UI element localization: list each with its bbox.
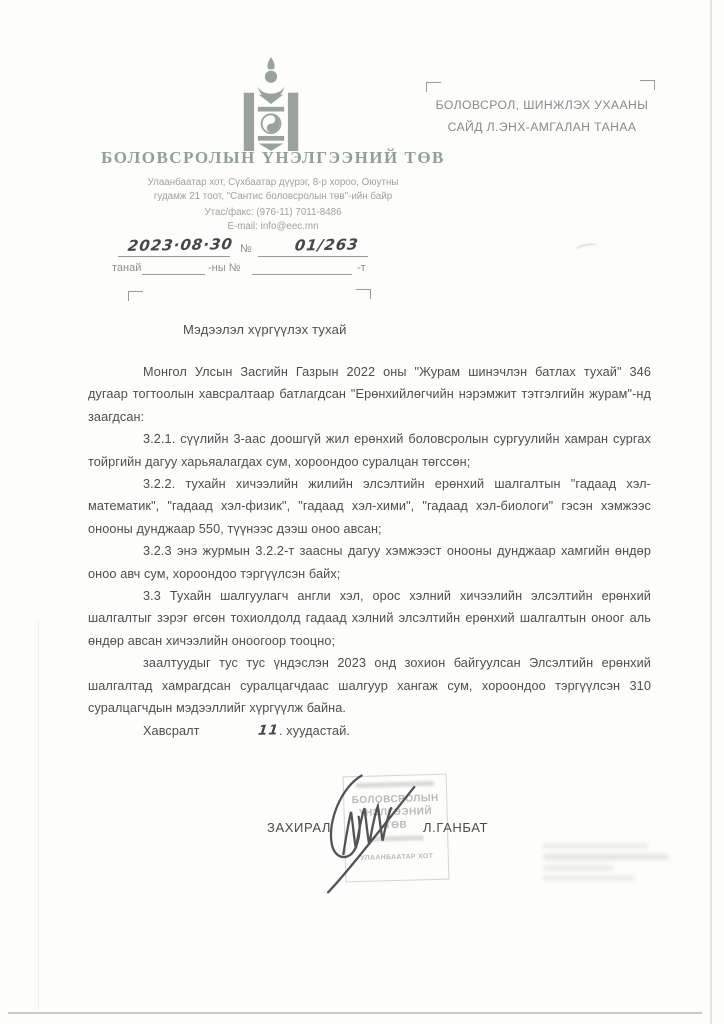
signature-icon (316, 766, 432, 900)
scan-edge-bottom (8, 1012, 702, 1014)
corner-mark-top-right (640, 80, 655, 90)
soyombo-logo-icon (230, 57, 312, 151)
recipient-line-2: САЙД Л.ЭНХ-АМГАЛАН ТАНАА (424, 116, 660, 138)
corner-mark-bottom-right (356, 289, 371, 299)
body-paragraph: 3.2.3 энэ журмын 3.2.2-т заасны дагуу хэ… (88, 540, 651, 585)
letter-body: Монгол Улсын Засгийн Газрын 2022 оны "Жу… (88, 361, 651, 742)
attachment-suffix: . хуудастай. (279, 724, 350, 738)
their-number-underline (252, 274, 352, 275)
signer-title: ЗАХИРАЛ (267, 820, 331, 835)
org-name: БОЛОВСРОЛЫН ҮНЭЛГЭЭНИЙ ТӨВ (95, 148, 451, 168)
scan-edge-right (710, 0, 712, 1024)
ref-number-handwritten: 01/263 (294, 235, 360, 254)
number-underline (258, 256, 368, 257)
org-phone: Утас/факс: (976-11) 7011-8486 (75, 206, 471, 220)
t-label: -т (357, 262, 366, 274)
scanned-letter-page: БОЛОВСРОЛЫН ҮНЭЛГЭЭНИЙ ТӨВ Улаанбаатар х… (0, 0, 724, 1024)
attachment-line: Хавсралт 11. хуудастай. (88, 720, 651, 742)
recipient-block: БОЛОВСРОЛ, ШИНЖЛЭХ УХААНЫ САЙД Л.ЭНХ-АМГ… (424, 94, 660, 138)
ref-date-handwritten: 2023·08·30 (127, 235, 234, 255)
attachment-pages-handwritten: 11 (202, 719, 281, 743)
recipient-line-1: БОЛОВСРОЛ, ШИНЖЛЭХ УХААНЫ (424, 94, 660, 116)
date-underline (118, 256, 230, 257)
no-label: № (240, 243, 252, 255)
subject-title: Мэдээлэл хүргүүлэх тухай (183, 322, 347, 337)
org-address-block: Улаанбаатар хот, Сүхбаатар дүүрэг, 8-р х… (75, 176, 471, 234)
body-paragraph: Монгол Улсын Засгийн Газрын 2022 оны "Жу… (88, 361, 651, 428)
ny-no-label: -ны № (208, 262, 241, 274)
body-paragraph: 3.2.1. сүүлийн 3-аас доошгүй жил ерөнхий… (88, 428, 651, 473)
ghost-text-smudge (543, 838, 673, 896)
scan-smudge (574, 242, 597, 254)
body-paragraph: 3.2.2. тухайн хичээлийн жилийн элсэлтийн… (88, 473, 651, 540)
corner-mark-top-left (426, 82, 441, 92)
scan-edge-left (38, 620, 39, 1010)
body-paragraph: заалтуудыг тус тус үндэслэн 2023 онд зох… (88, 652, 651, 719)
org-address-line-1: Улаанбаатар хот, Сүхбаатар дүүрэг, 8-р х… (75, 176, 471, 190)
your-underline (142, 274, 205, 275)
org-email: E-mail: info@eec.mn (75, 220, 471, 234)
body-paragraph: 3.3 Тухайн шалгуулагч англи хэл, орос хэ… (88, 585, 651, 652)
attachment-prefix: Хавсралт (143, 724, 200, 738)
your-label: танай (112, 262, 141, 274)
org-address-line-2: гудамж 21 тоот, "Сантис боловсролын төв"… (75, 190, 471, 204)
corner-mark-bottom-left (128, 291, 143, 301)
signer-name: Л.ГАНБАТ (423, 820, 488, 835)
